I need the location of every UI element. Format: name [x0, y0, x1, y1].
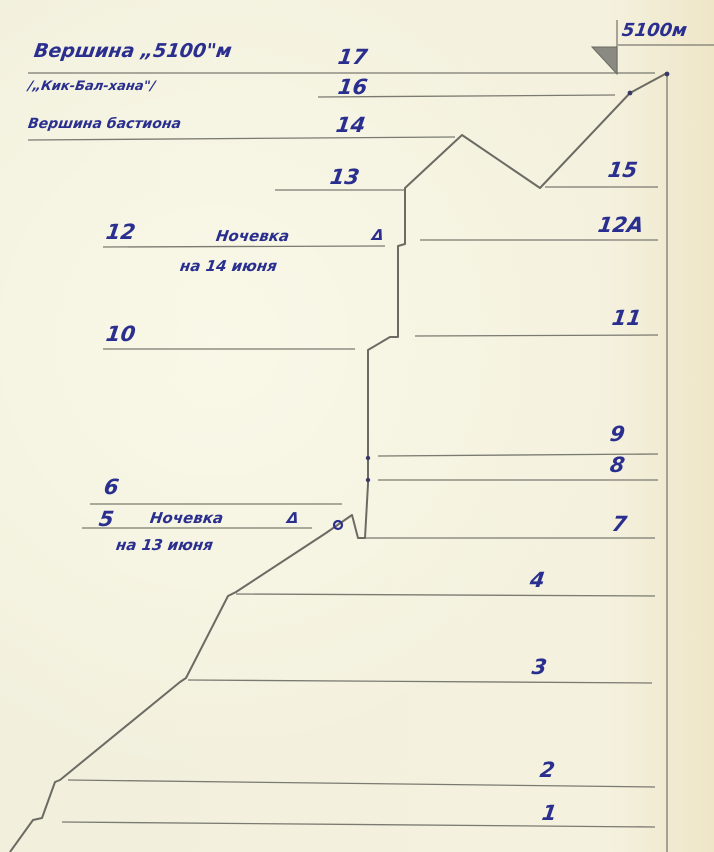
bivouac-14-triangle-icon: Δ: [371, 228, 385, 243]
section-label-9: 9: [609, 424, 627, 445]
section-label-8: 8: [609, 455, 627, 476]
bivouac-13-triangle-icon: Δ: [286, 511, 300, 526]
bivouac-14-label: Ночевка: [215, 229, 290, 244]
section-label-14: 14: [335, 115, 367, 136]
section-label-12: 12: [105, 222, 137, 243]
bivouac-14-date: на 14 июня: [179, 259, 278, 274]
section-label-5: 5: [98, 509, 116, 530]
route-node-9: [366, 456, 370, 460]
summit-alt-name-label: /„Кик-Бал-хана"/: [27, 80, 156, 93]
section-line-2: [68, 780, 655, 787]
section-line-11: [415, 335, 658, 336]
section-line-1: [62, 822, 655, 827]
section-label-16: 16: [337, 77, 369, 98]
section-label-4: 4: [529, 570, 547, 591]
bastion-top-label: Вершина бастиона: [27, 117, 182, 131]
bivouac-13-date: на 13 июня: [115, 538, 214, 553]
section-line-4: [236, 594, 655, 596]
section-label-17: 17: [337, 47, 369, 68]
section-label-13: 13: [329, 167, 361, 188]
section-label-2: 2: [539, 760, 557, 781]
summit-elevation-marker-icon: [592, 47, 617, 74]
route-node-8: [366, 478, 370, 482]
summit-altitude-label: 5100м: [621, 22, 688, 40]
section-label-3: 3: [531, 657, 549, 678]
section-label-15: 15: [607, 160, 639, 181]
section-line-3: [188, 680, 652, 683]
section-label-12a: 12А: [597, 215, 645, 236]
bivouac-13-label: Ночевка: [149, 511, 224, 526]
route-nodes: [366, 72, 670, 483]
summit-title-label: Вершина „5100"м: [33, 42, 233, 61]
route-node-17: [665, 72, 670, 77]
section-label-6: 6: [103, 477, 121, 498]
section-label-10: 10: [105, 324, 137, 345]
section-label-11: 11: [611, 308, 643, 329]
section-line-12: [103, 246, 385, 247]
section-label-1: 1: [541, 803, 559, 824]
section-line-14: [28, 137, 455, 140]
section-label-7: 7: [611, 514, 629, 535]
route-node-16: [628, 91, 633, 96]
